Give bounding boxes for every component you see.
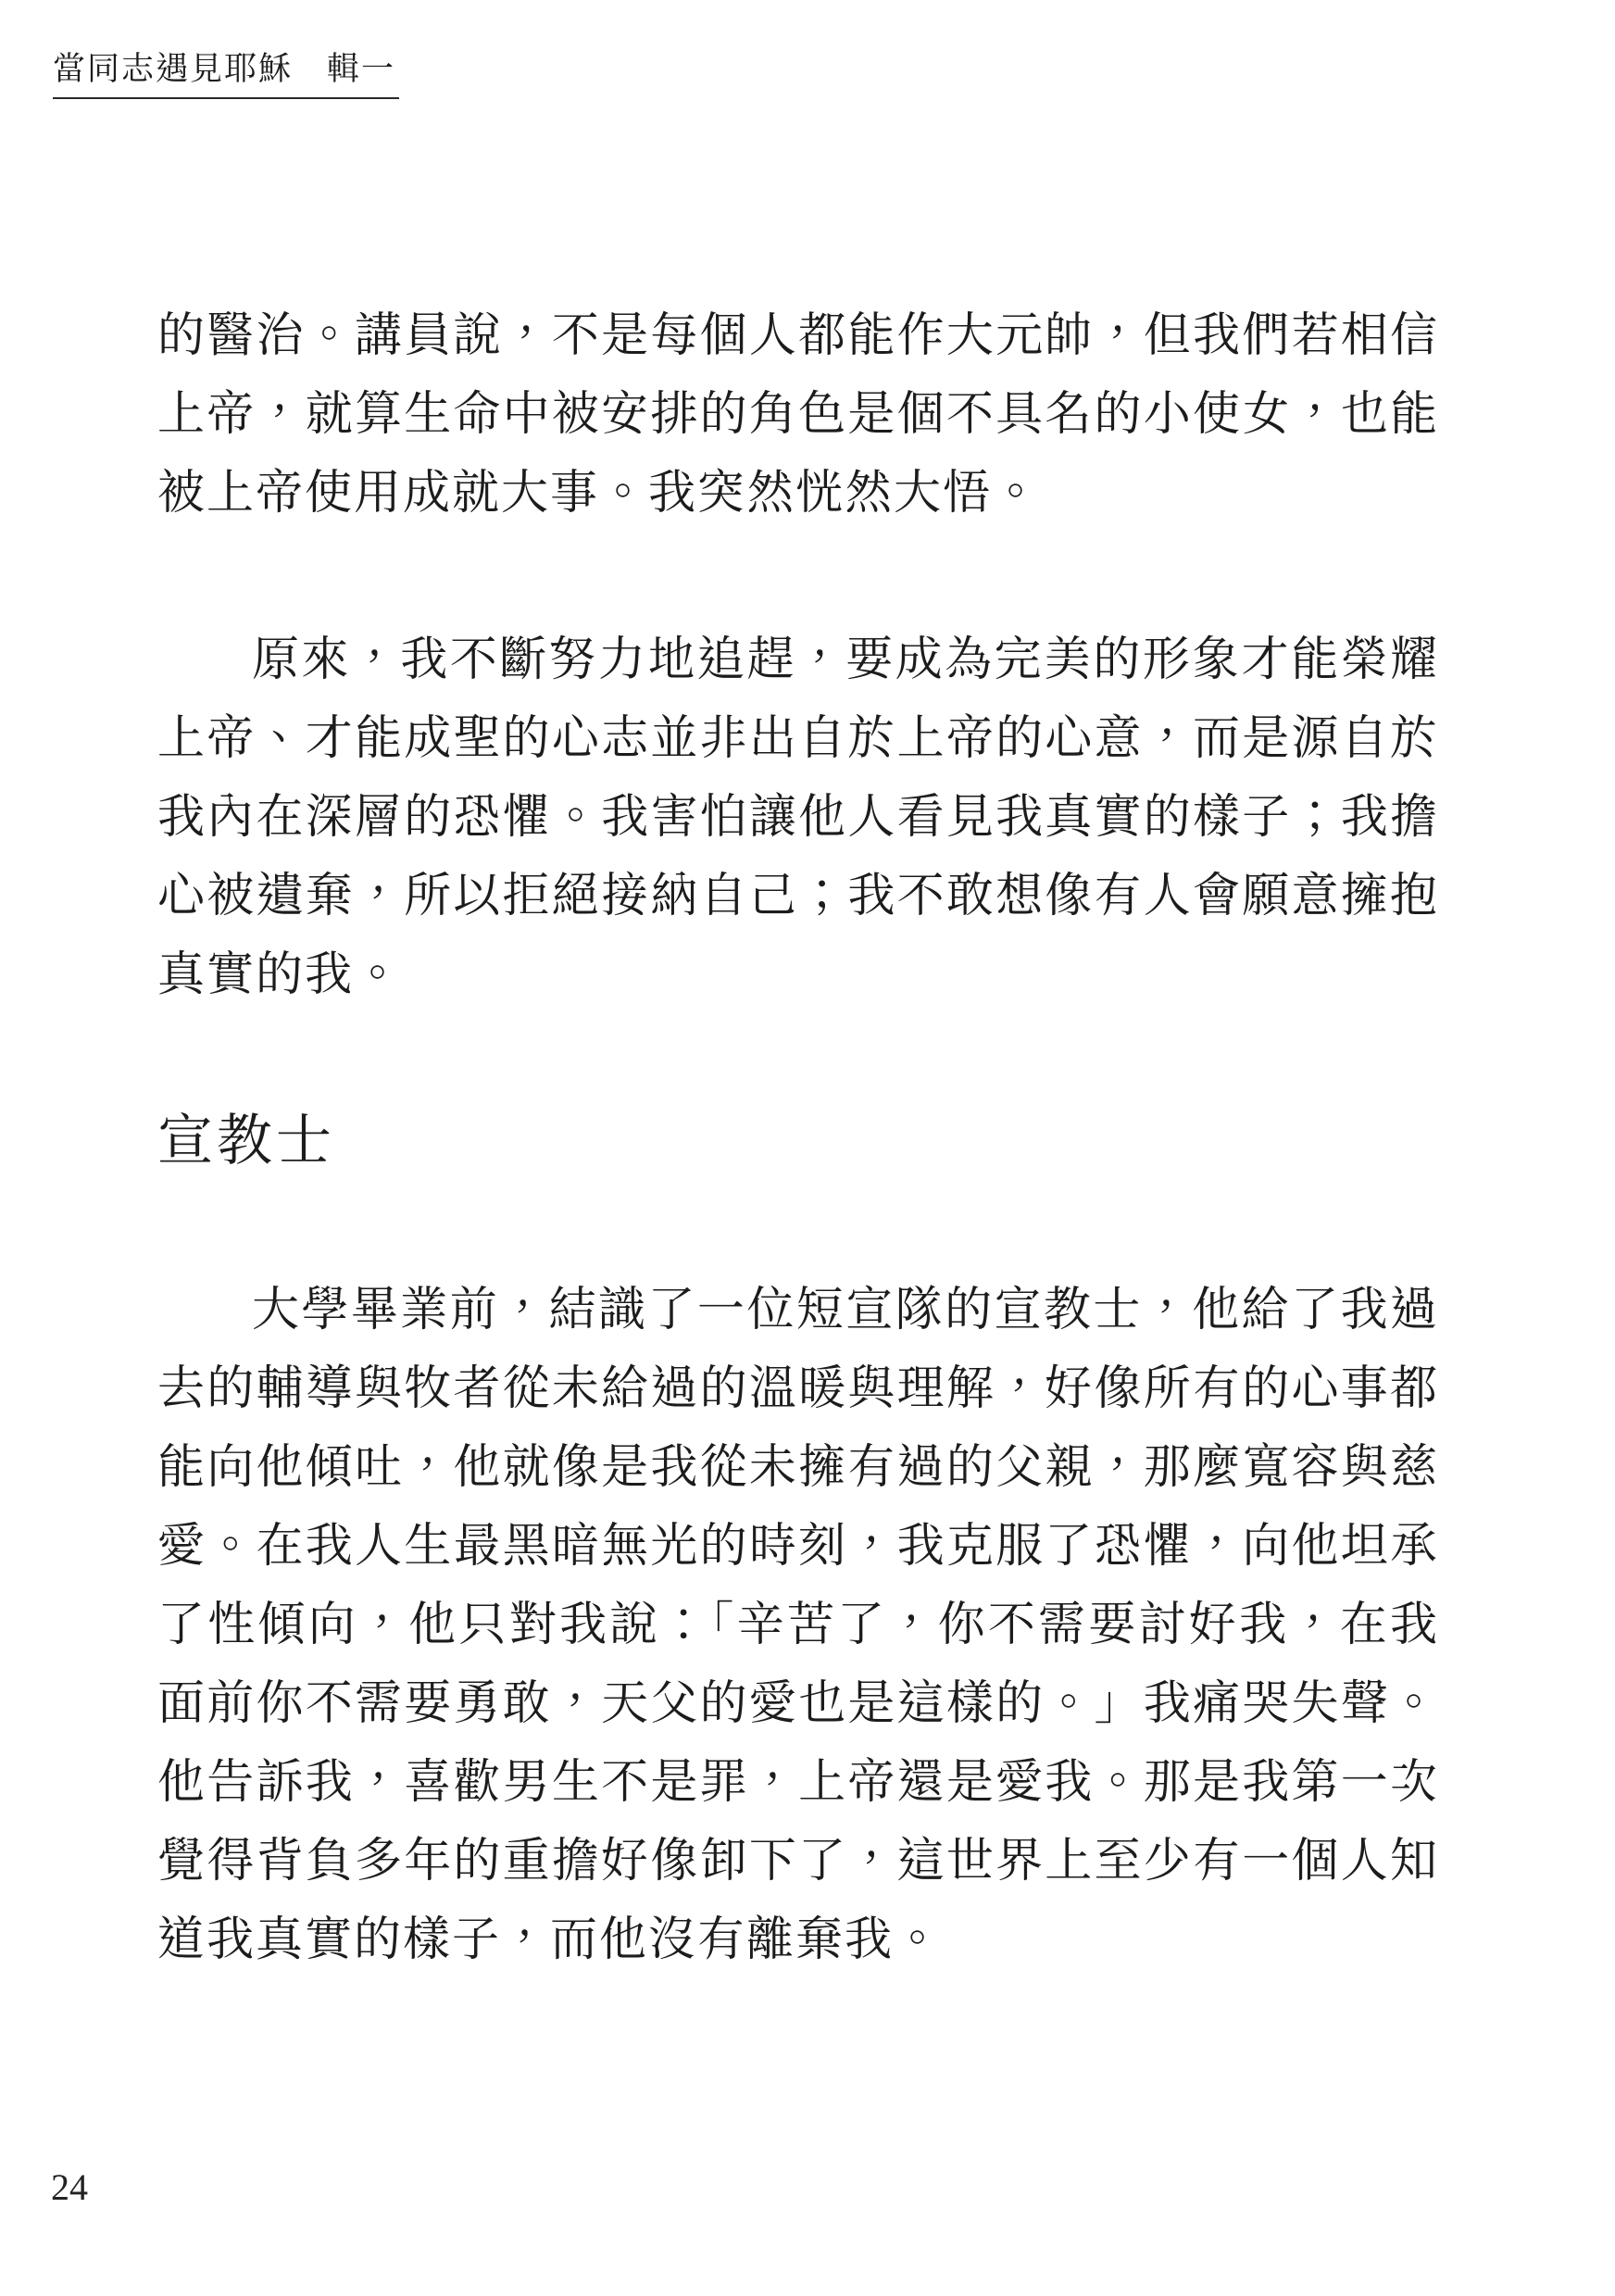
book-page: 當同志遇見耶穌 輯一 的醫治。講員說，不是每個人都能作大元帥，但我們若相信上帝，… <box>0 0 1615 2296</box>
body-paragraph: 原來，我不斷努力地追趕，要成為完美的形象才能榮耀上帝、才能成聖的心志並非出自於上… <box>157 621 1439 1015</box>
body-paragraph-continuation: 的醫治。講員說，不是每個人都能作大元帥，但我們若相信上帝，就算生命中被安排的角色… <box>157 297 1439 533</box>
page-body: 的醫治。講員說，不是每個人都能作大元帥，但我們若相信上帝，就算生命中被安排的角色… <box>157 297 1439 2068</box>
page-number: 24 <box>51 2165 88 2209</box>
section-heading: 宣教士 <box>157 1108 1439 1174</box>
running-head-title: 當同志遇見耶穌 輯一 <box>53 48 399 99</box>
body-paragraph: 大學畢業前，結識了一位短宣隊的宣教士，他給了我過去的輔導與牧者從未給過的溫暖與理… <box>157 1272 1439 1980</box>
running-head: 當同志遇見耶穌 輯一 <box>53 48 399 99</box>
